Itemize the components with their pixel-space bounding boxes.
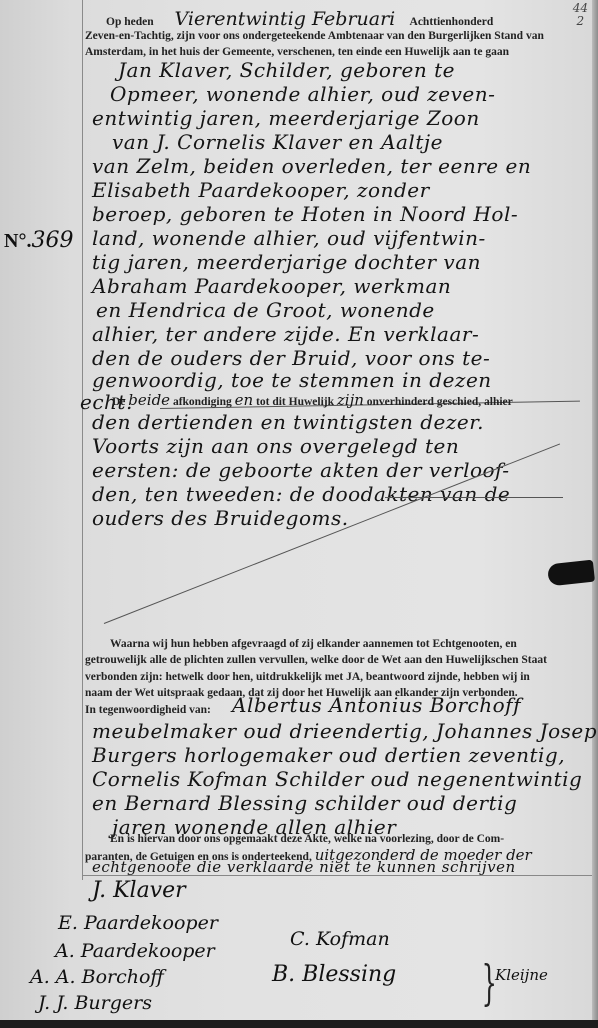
parties-line: Elisabeth Paardekooper, zonder: [92, 178, 430, 202]
page-bottom-edge: [0, 1020, 598, 1028]
proclamation-hand-line: Voorts zijn aan ons overgelegd ten: [92, 434, 459, 458]
parties-line: alhier, ter andere zijde. En verklaar-: [92, 322, 479, 346]
parties-line: den de ouders der Bruid, voor ons te-: [92, 346, 490, 370]
parties-line: van J. Cornelis Klaver en Aaltje: [112, 130, 443, 154]
witness-line: en Bernard Blessing schilder oud dertig: [92, 791, 517, 815]
witness-label: In tegenwoordigheid van:: [85, 703, 211, 717]
signature-witness: A. A. Borchoff: [30, 966, 164, 988]
signature-witness: B. Blessing: [272, 962, 396, 987]
parties-line: entwintig jaren, meerderjarige Zoon: [92, 106, 480, 130]
parties-line: Jan Klaver, Schilder, geboren te: [118, 58, 455, 82]
closing-line: Waarna wij hun hebben afgevraagd of zij …: [110, 637, 517, 651]
parties-line: Opmeer, wonende alhier, oud zeven-: [110, 82, 495, 106]
header-line-1: Op heden Vierentwintig Februari Achttien…: [106, 12, 493, 29]
ink-smudge: [547, 560, 595, 587]
parties-line: genwoordig, toe te stemmen in dezen: [92, 368, 492, 392]
parties-line: van Zelm, beiden overleden, ter eenre en: [92, 154, 531, 178]
signature-bride: E. Paardekooper: [58, 912, 218, 934]
signature-father: A. Paardekooper: [55, 940, 215, 962]
signing-line: En is hiervan door ons opgemaakt deze Ak…: [110, 832, 504, 846]
fill-stroke: [385, 497, 563, 498]
witness-line: Burgers horlogemaker oud dertien zeventi…: [92, 743, 565, 767]
closing-line: verbonden zijn: hetwelk door hen, uitdru…: [85, 670, 530, 684]
witness-line: Cornelis Kofman Schilder oud negenentwin…: [92, 767, 582, 791]
proclamation-line: De beide afkondiging en tot dit Huwelijk…: [112, 393, 513, 409]
parties-line: tig jaren, meerderjarige dochter van: [92, 250, 481, 274]
signature-witness: J. J. Burgers: [38, 992, 152, 1014]
signing-hand-line: echtgenoote die verklaarde niet te kunne…: [92, 858, 516, 876]
proclamation-hand-line: eersten: de geboorte akten der verloof-: [92, 458, 510, 482]
signature-official: Kleijne: [495, 966, 548, 984]
proclamation-hand-line: den, ten tweeden: de doodakten van de: [92, 482, 510, 506]
proclamation-hand-line: den dertienden en twintigsten dezer.: [92, 410, 484, 434]
parties-line: land, wonende alhier, oud vijfentwin-: [92, 226, 486, 250]
proclamation-hand-line: ouders des Bruidegoms.: [92, 506, 349, 530]
parties-line: Abraham Paardekooper, werkman: [92, 274, 451, 298]
handwritten-date: Vierentwintig Februari: [175, 8, 396, 30]
parties-line: beroep, geboren te Hoten in Noord Hol-: [92, 202, 518, 226]
signature-witness: C. Kofman: [290, 928, 390, 950]
witness-line: Albertus Antonius Borchoff: [232, 693, 521, 717]
closing-line: getrouwelijk alle de plichten zullen ver…: [85, 653, 547, 667]
parties-line: en Hendrica de Groot, wonende: [96, 298, 435, 322]
witness-line: meubelmaker oud drieendertig, Johannes J…: [92, 719, 598, 743]
signature-groom: J. Klaver: [92, 878, 186, 903]
header-line-3: Amsterdam, in het huis der Gemeente, ver…: [85, 45, 509, 59]
form-border: [82, 875, 592, 876]
document-page: 44 2 N°.369 Op heden Vierentwintig Febru…: [0, 0, 598, 1028]
header-line-2: Zeven-en-Tachtig, zijn voor ons onderget…: [85, 29, 544, 43]
margin-rule: [82, 0, 83, 880]
page-edge: [592, 0, 598, 1028]
act-number: N°.369: [4, 228, 73, 253]
page-number: 44 2: [573, 2, 588, 28]
